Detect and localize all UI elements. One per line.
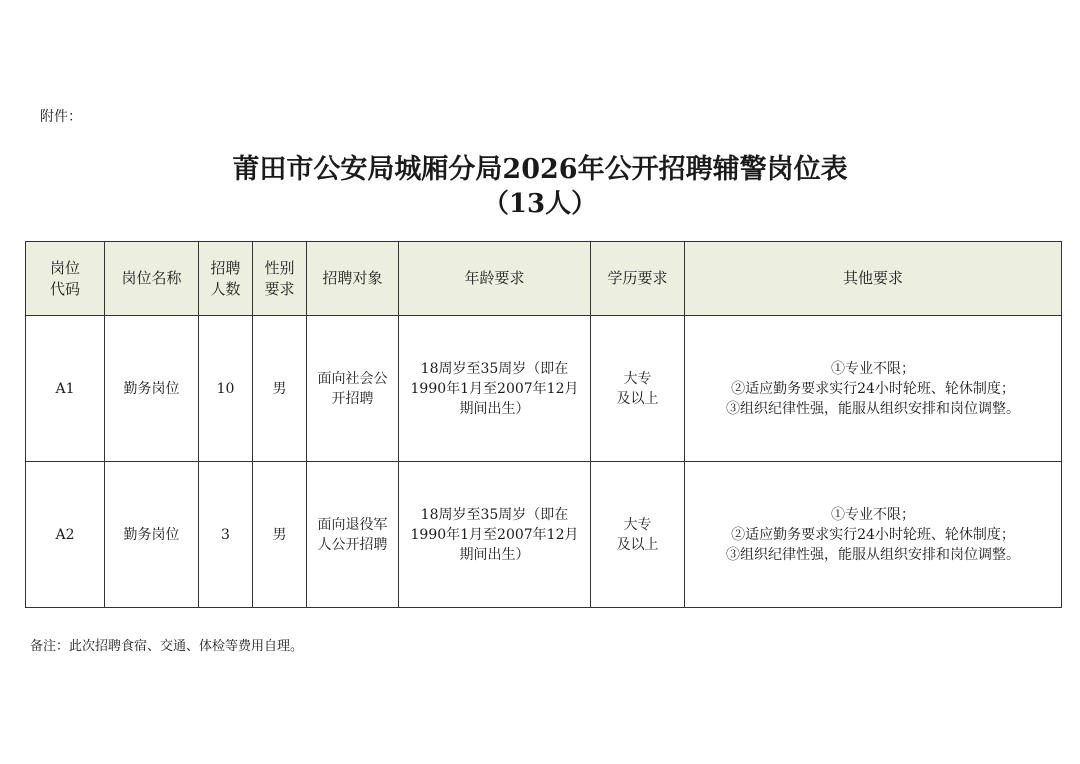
attachment-label: 附件： [40, 106, 82, 126]
cell-code: A1 [26, 316, 105, 462]
header-target: 招聘对象 [307, 242, 399, 316]
header-code: 岗位代码 [26, 242, 105, 316]
table-row: A1 勤务岗位 10 男 面向社会公开招聘 18周岁至35周岁（即在1990年1… [26, 316, 1062, 462]
header-education: 学历要求 [591, 242, 685, 316]
page-title: 莆田市公安局城厢分局2026年公开招聘辅警岗位表 [0, 152, 1080, 188]
page-subtitle: （13人） [0, 186, 1080, 222]
cell-age: 18周岁至35周岁（即在1990年1月至2007年12月期间出生） [399, 462, 591, 608]
cell-age: 18周岁至35周岁（即在1990年1月至2007年12月期间出生） [399, 316, 591, 462]
cell-name: 勤务岗位 [105, 316, 199, 462]
header-age: 年龄要求 [399, 242, 591, 316]
cell-gender: 男 [253, 316, 307, 462]
header-name: 岗位名称 [105, 242, 199, 316]
cell-other: ①专业不限；②适应勤务要求实行24小时轮班、轮休制度；③组织纪律性强，能服从组织… [685, 316, 1062, 462]
cell-education: 大专及以上 [591, 462, 685, 608]
cell-count: 10 [199, 316, 253, 462]
table-header-row: 岗位代码 岗位名称 招聘人数 性别要求 招聘对象 年龄要求 学历要求 其他要求 [26, 242, 1062, 316]
table-row: A2 勤务岗位 3 男 面向退役军人公开招聘 18周岁至35周岁（即在1990年… [26, 462, 1062, 608]
cell-count: 3 [199, 462, 253, 608]
cell-gender: 男 [253, 462, 307, 608]
positions-table: 岗位代码 岗位名称 招聘人数 性别要求 招聘对象 年龄要求 学历要求 其他要求 … [25, 241, 1062, 608]
footnote: 备注：此次招聘食宿、交通、体检等费用自理。 [30, 635, 303, 654]
header-gender: 性别要求 [253, 242, 307, 316]
cell-target: 面向社会公开招聘 [307, 316, 399, 462]
cell-other: ①专业不限；②适应勤务要求实行24小时轮班、轮休制度；③组织纪律性强，能服从组织… [685, 462, 1062, 608]
header-count: 招聘人数 [199, 242, 253, 316]
header-other: 其他要求 [685, 242, 1062, 316]
cell-name: 勤务岗位 [105, 462, 199, 608]
cell-code: A2 [26, 462, 105, 608]
cell-education: 大专及以上 [591, 316, 685, 462]
cell-target: 面向退役军人公开招聘 [307, 462, 399, 608]
